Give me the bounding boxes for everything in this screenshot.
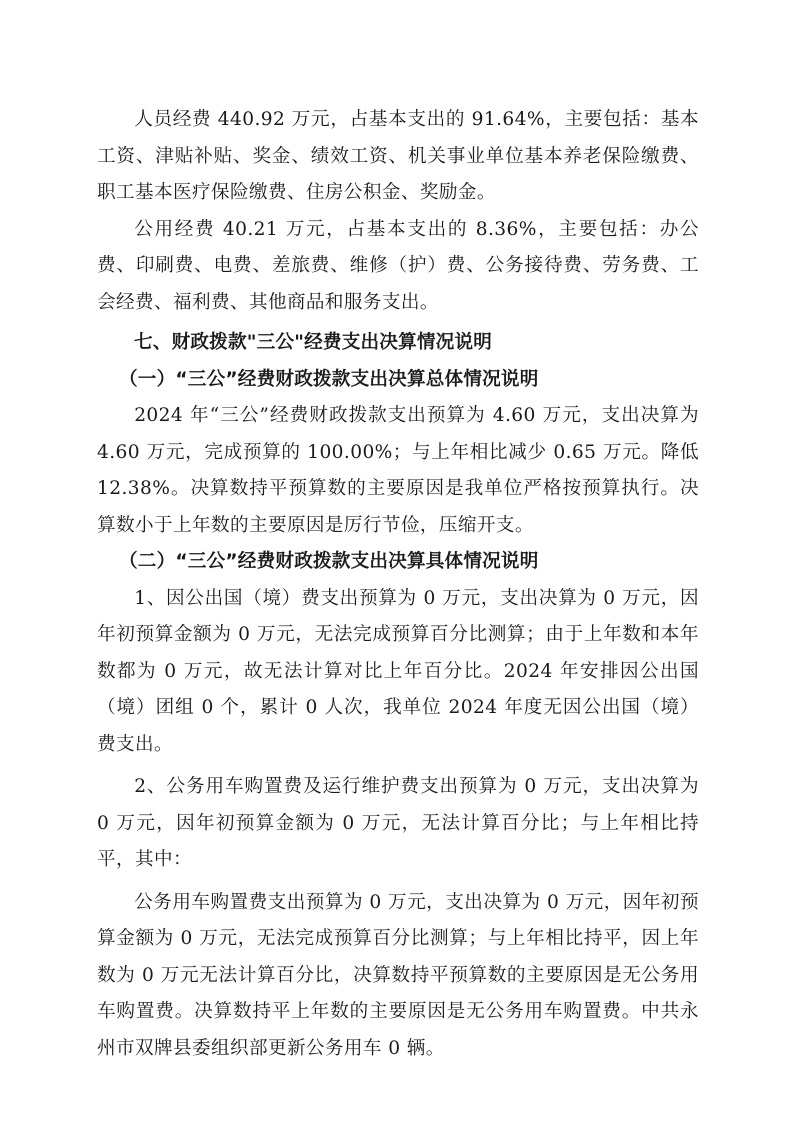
document-page: 人员经费 440.92 万元，占基本支出的 91.64%，主要包括：基本工资、津… — [97, 102, 699, 1067]
paragraph-overseas-travel: 1、因公出国（境）费支出预算为 0 万元，支出决算为 0 万元，因年初预算金额为… — [97, 581, 699, 764]
subsection-heading-detail: （二）“三公”经费财政拨款支出决算具体情况说明 — [97, 544, 699, 581]
paragraph-personnel-cost: 人员经费 440.92 万元，占基本支出的 91.64%，主要包括：基本工资、津… — [97, 102, 699, 212]
section-heading-seven: 七、财政拨款"三公"经费支出决算情况说明 — [97, 325, 699, 362]
paragraph-vehicle-purchase: 公务用车购置费支出预算为 0 万元，支出决算为 0 万元，因年初预算金额为 0 … — [97, 885, 699, 1068]
paragraph-overall-summary: 2024 年“三公”经费财政拨款支出预算为 4.60 万元，支出决算为 4.60… — [97, 398, 699, 544]
paragraph-public-cost: 公用经费 40.21 万元，占基本支出的 8.36%，主要包括：办公费、印刷费、… — [97, 212, 699, 322]
subsection-heading-overall: （一）“三公”经费财政拨款支出决算总体情况说明 — [97, 362, 699, 399]
paragraph-vehicle-costs: 2、公务用车购置费及运行维护费支出预算为 0 万元，支出决算为 0 万元，因年初… — [97, 769, 699, 879]
